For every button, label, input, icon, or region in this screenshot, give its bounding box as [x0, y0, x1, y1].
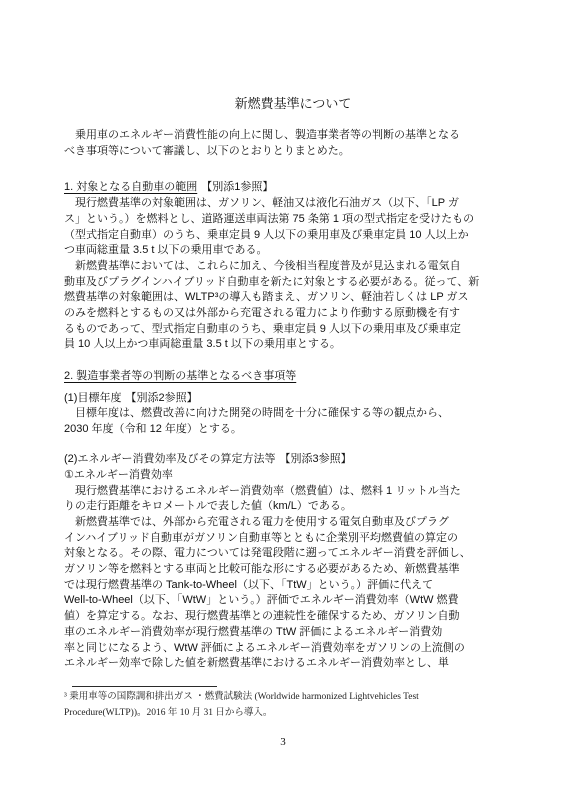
section-2-1-heading-text: (1)目標年度 [64, 392, 121, 404]
section-1-heading-text: 1. 対象となる自動車の範囲 [64, 181, 197, 193]
section-1-paragraph-1: 現行燃費基準の対象範囲は、ガソリン、軽油又は液化石油ガス（以下、「LP ガス」と… [64, 196, 494, 259]
footnote-area: ³ 乗用車等の国際調和排出ガス ・燃費試験法 (Worldwide harmon… [64, 686, 506, 721]
section-2-2-heading: (2)エネルギー消費効率及びその算定方法等【別添3参照】 [64, 452, 494, 468]
document-body: 新燃費基準について 乗用車のエネルギー消費性能の向上に関し、製造事業者等の判断の… [64, 96, 494, 672]
text-line: 現行燃費基準の対象範囲は、ガソリン、軽油又は液化石油ガス（以下、「LP ガ [64, 196, 494, 212]
text-line: 率と同じになるよう、WtW 評価によるエネルギー消費効率をガソリンの上流側の [64, 641, 494, 657]
text-line: ガソリン等を燃料とする車両と比較可能な形にする必要があるため、新燃費基準 [64, 562, 494, 578]
section-2-2-item-1-heading: ①エネルギー消費効率 [64, 468, 494, 484]
section-2-2-attachment-ref: 【別添3参照】 [279, 453, 351, 465]
text-line: （型式指定自動車）のうち、乗車定員 9 人以下の乗用車及び乗車定員 10 人以上… [64, 228, 494, 244]
text-line: エネルギー効率で除した値を新燃費基準におけるエネルギー消費効率とし、単 [64, 656, 494, 672]
section-1-paragraph-2: 新燃費基準においては、これらに加え、今後相当程度普及が見込まれる電気自動車及びプ… [64, 259, 494, 353]
text-line: Procedure(WLTP))。2016 年 10 月 31 日から導入。 [64, 706, 506, 722]
text-line: のみを燃料とするもの又は外部から充電される電力により作動する原動機を有す [64, 306, 494, 322]
text-line: るものであって、型式指定自動車のうち、乗車定員 9 人以下の乗用車及び乗車定 [64, 322, 494, 338]
page-number: 3 [0, 736, 566, 748]
text-line: ³ 乗用車等の国際調和排出ガス ・燃費試験法 (Worldwide harmon… [64, 690, 506, 706]
text-line: インハイブリッド自動車がガソリン自動車等とともに企業別平均燃費値の算定の [64, 531, 494, 547]
text-line: 動車及びプラグインハイブリッド自動車を新たに対象とする必要がある。従って、新 [64, 275, 494, 291]
text-line: 値）を算定する。なお、現行燃費基準との連続性を確保するため、ガソリン自動 [64, 609, 494, 625]
section-1-heading: 1. 対象となる自動車の範囲【別添1参照】 [64, 180, 494, 196]
footnote-divider [72, 686, 217, 687]
section-2-1-heading: (1)目標年度【別添2参照】 [64, 391, 494, 407]
text-line: 燃費基準の対象範囲は、WLTP³の導入も踏まえ、ガソリン、軽油若しくは LP ガ… [64, 290, 494, 306]
section-2-1-paragraph: 目標年度は、燃費改善に向けた開発の時間を十分に確保する等の観点から、2030 年… [64, 406, 494, 437]
text-line: つ車両総重量 3.5 t 以下の乗用車である。 [64, 243, 494, 259]
section-2-heading: 2. 製造事業者等の判断の基準となるべき事項等 [64, 369, 494, 385]
section-1-attachment-ref: 【別添1参照】 [201, 181, 273, 193]
item-1-paragraph-1: 現行燃費基準におけるエネルギー消費効率（燃費値）は、燃料 1 リットル当たりの走… [64, 484, 494, 515]
text-line: 車のエネルギー消費効率が現行燃費基準の TtW 評価によるエネルギー消費効 [64, 625, 494, 641]
footnote: ³ 乗用車等の国際調和排出ガス ・燃費試験法 (Worldwide harmon… [64, 690, 506, 721]
section-2-heading-text: 2. 製造事業者等の判断の基準となるべき事項等 [64, 370, 296, 382]
document-page: 新燃費基準について 乗用車のエネルギー消費性能の向上に関し、製造事業者等の判断の… [0, 0, 566, 800]
text-line: ス」という。）を燃料とし、道路運送車両法第 75 条第 1 項の型式指定を受けた… [64, 212, 494, 228]
text-line: 新燃費基準においては、これらに加え、今後相当程度普及が見込まれる電気自 [64, 259, 494, 275]
text-line: では現行燃費基準の Tank-to-Wheel（以下、「TtW」という。）評価に… [64, 578, 494, 594]
text-line: 新燃費基準では、外部から充電される電力を使用する電気自動車及びプラグ [64, 515, 494, 531]
text-line: Well-to-Wheel（以下、「WtW」という。）評価でエネルギー消費効率（… [64, 593, 494, 609]
text-line: 目標年度は、燃費改善に向けた開発の時間を十分に確保する等の観点から、 [64, 406, 494, 422]
section-2-1-attachment-ref: 【別添2参照】 [125, 392, 197, 404]
text-line: 現行燃費基準におけるエネルギー消費効率（燃費値）は、燃料 1 リットル当た [64, 484, 494, 500]
document-title: 新燃費基準について [64, 96, 494, 112]
text-line: 乗用車のエネルギー消費性能の向上に関し、製造事業者等の判断の基準となる [64, 128, 494, 144]
text-line: 員 10 人以上かつ車両総重量 3.5 t 以下の乗用車とする。 [64, 337, 494, 353]
section-2-2-heading-text: (2)エネルギー消費効率及びその算定方法等 [64, 453, 275, 465]
text-line: 2030 年度（令和 12 年度）とする。 [64, 422, 494, 438]
intro-paragraph: 乗用車のエネルギー消費性能の向上に関し、製造事業者等の判断の基準となるべき事項等… [64, 128, 494, 159]
item-1-paragraph-2: 新燃費基準では、外部から充電される電力を使用する電気自動車及びプラグインハイブリ… [64, 515, 494, 672]
text-line: りの走行距離をキロメートルで表した値（km/L）である。 [64, 499, 494, 515]
text-line: 対象となる。その際、電力については発電段階に遡ってエネルギー消費を評価し、 [64, 546, 494, 562]
text-line: べき事項等について審議し、以下のとおりとりまとめた。 [64, 144, 494, 160]
